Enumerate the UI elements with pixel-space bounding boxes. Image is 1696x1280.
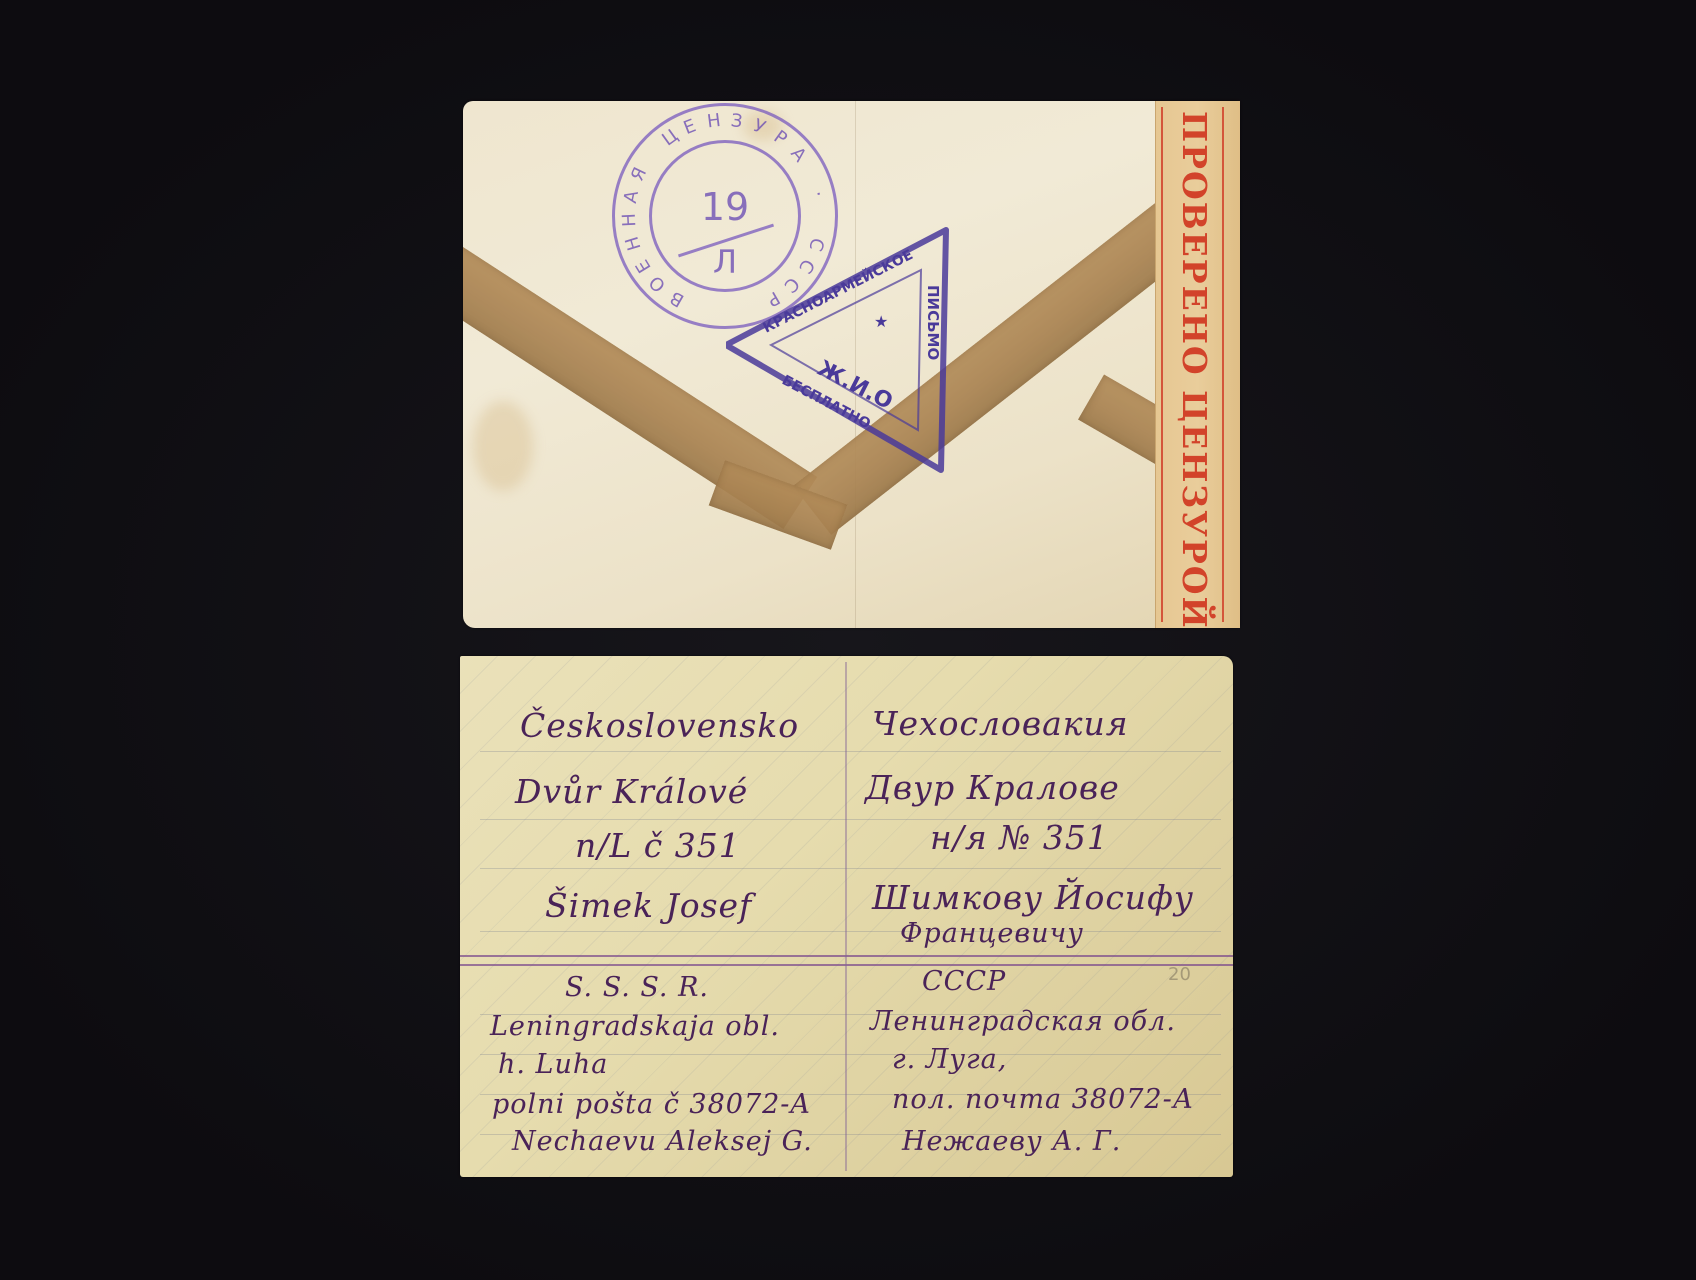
censor-tape-strip: ПРОВЕРЕНО ЦЕНЗУРОЙ: [1155, 101, 1240, 628]
sender-town-ru: г. Луга,: [892, 1044, 1007, 1075]
stamp-line-2: ПИСЬМО: [924, 285, 942, 360]
sender-region-cz: Leningradskaja obl.: [490, 1011, 780, 1042]
recipient-patronymic-ru: Францевичу: [900, 918, 1084, 949]
column-divider: [845, 662, 847, 1171]
recipient-number-cz: n/L č 351: [575, 826, 741, 865]
recipient-country-cz: Československo: [520, 706, 799, 745]
recipient-country-ru: Чехословакия: [872, 704, 1129, 743]
tape-rule-left: [1161, 107, 1163, 622]
star-icon: ★: [874, 312, 888, 331]
ruled-line: [480, 819, 1221, 820]
sender-name-ru: Нежаеву А. Г.: [902, 1126, 1121, 1157]
recipient-name-cz: Šimek Josef: [545, 886, 752, 925]
recipient-name-ru: Шимкову Йосифу: [872, 878, 1194, 917]
recipient-city-cz: Dvůr Králové: [515, 772, 748, 811]
address-card: Československo Dvůr Králové n/L č 351 Ši…: [460, 656, 1233, 1177]
sender-town-cz: h. Luha: [498, 1049, 608, 1080]
censor-number: 19: [652, 185, 798, 229]
sender-fieldpost-cz: polni pošta č 38072-A: [492, 1089, 811, 1120]
ruled-line: [480, 931, 1221, 932]
red-army-letter-triangle-stamp: КРАСНОАРМЕЙСКОЕ ПИСЬМО Ж.И.О БЕСПЛАТНО ★: [726, 225, 956, 475]
sender-country-ru: СССР: [922, 966, 1006, 997]
stamp-line-1: КРАСНОАРМЕЙСКОЕ: [760, 246, 916, 336]
paper-stain: [473, 401, 533, 491]
ruled-line: [480, 751, 1221, 752]
sender-name-cz: Nechaevu Aleksej G.: [512, 1126, 813, 1157]
tape-rule-right: [1222, 107, 1224, 622]
ruled-line: [480, 868, 1221, 869]
recipient-city-ru: Двур Кралове: [865, 768, 1120, 807]
recipient-number-ru: н/я № 351: [930, 818, 1109, 857]
pencil-note: 20: [1168, 964, 1191, 985]
sender-fieldpost-ru: пол. почта 38072-А: [892, 1084, 1194, 1115]
sender-country-cz: S. S. S. R.: [565, 972, 709, 1003]
censor-tape-text: ПРОВЕРЕНО ЦЕНЗУРОЙ: [1164, 111, 1214, 621]
sender-region-ru: Ленинградская обл.: [870, 1006, 1176, 1037]
